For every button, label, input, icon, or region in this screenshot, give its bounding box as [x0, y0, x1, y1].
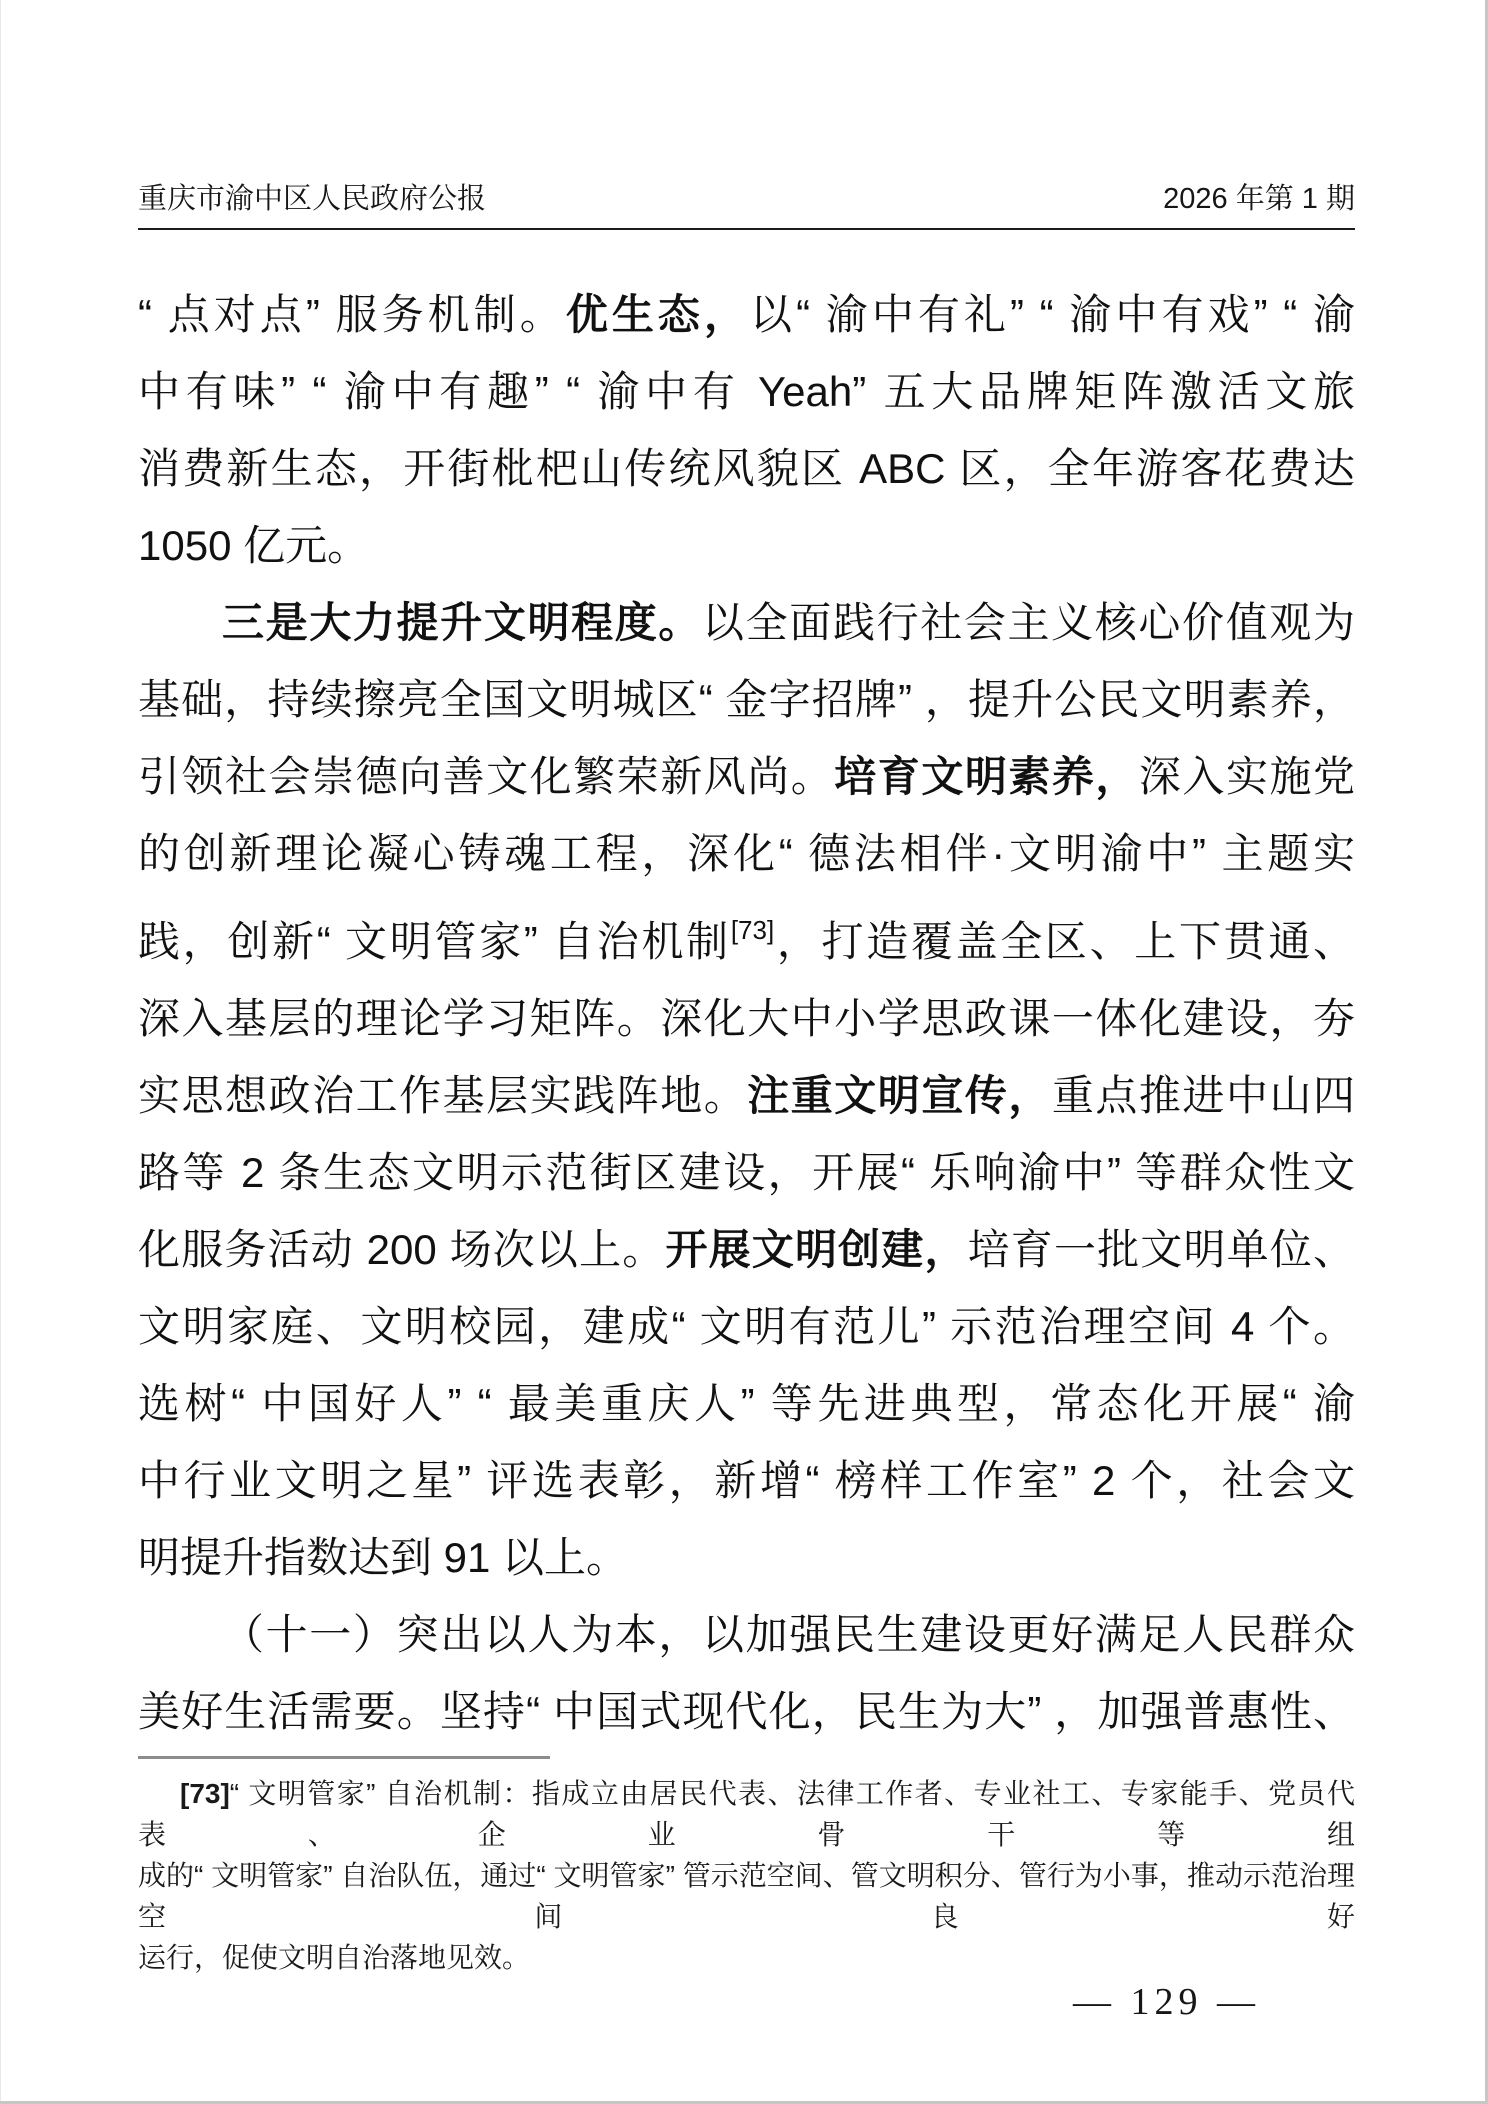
text-segment: 引领社会崇德向善文化繁荣新风尚。: [138, 753, 834, 800]
text-segment: “ 点对点” 服务机制。: [138, 291, 566, 338]
footnote-line: 运行，促使文明自治落地见效。: [138, 1937, 1355, 1978]
text-segment: 以“ 渝中有礼” “ 渝中有戏” “ 渝: [750, 291, 1355, 338]
text-segment: 成的“ 文明管家” 自治队伍，通过“ 文明管家” 管示范空间、管文明积分、管行为…: [138, 1860, 1355, 1932]
footnote-section: [73]“ 文明管家” 自治机制：指成立由居民代表、法律工作者、专业社工、专家能…: [138, 1756, 1355, 1978]
text-segment: 开展文明创建，: [665, 1226, 967, 1273]
body-line: 化服务活动 200 场次以上。开展文明创建，培育一批文明单位、: [138, 1211, 1355, 1288]
body-line: 选树“ 中国好人” “ 最美重庆人” 等先进典型，常态化开展“ 渝: [138, 1365, 1355, 1442]
text-segment: 化服务活动 200 场次以上。: [138, 1226, 665, 1273]
footnote-line: [73]“ 文明管家” 自治机制：指成立由居民代表、法律工作者、专业社工、专家能…: [138, 1773, 1355, 1855]
text-segment: 践，创新“ 文明管家” 自治机制: [138, 918, 731, 965]
text-segment: [73]: [180, 1778, 230, 1809]
text-segment: 选树“ 中国好人” “ 最美重庆人” 等先进典型，常态化开展“ 渝: [138, 1380, 1355, 1427]
body-line: 中有味” “ 渝中有趣” “ 渝中有 Yeah” 五大品牌矩阵激活文旅: [138, 353, 1355, 430]
text-segment: 注重文明宣传，: [747, 1072, 1052, 1119]
body-line: 实思想政治工作基层实践阵地。注重文明宣传，重点推进中山四: [138, 1057, 1355, 1134]
text-segment: 实思想政治工作基层实践阵地。: [138, 1072, 747, 1119]
body-line: 基础，持续擦亮全国文明城区“ 金字招牌” ，提升公民文明素养，: [138, 661, 1355, 738]
body-line: 美好生活需要。坚持“ 中国式现代化，民生为大” ，加强普惠性、: [138, 1673, 1355, 1750]
text-segment: 三是大力提升文明程度。: [222, 599, 702, 646]
text-segment: 基础，持续擦亮全国文明城区“ 金字招牌” ，提升公民文明素养，: [138, 676, 1355, 723]
body-text: “ 点对点” 服务机制。优生态，以“ 渝中有礼” “ 渝中有戏” “ 渝中有味”…: [138, 276, 1355, 1750]
body-line: 文明家庭、文明校园，建成“ 文明有范儿” 示范治理空间 4 个。: [138, 1288, 1355, 1365]
text-segment: 深入实施党: [1139, 753, 1355, 800]
text-segment: 文明家庭、文明校园，建成“ 文明有范儿” 示范治理空间 4 个。: [138, 1303, 1355, 1350]
text-segment: 重点推进中山四: [1052, 1072, 1355, 1119]
text-segment: 路等 2 条生态文明示范街区建设，开展“ 乐响渝中” 等群众性文: [138, 1149, 1355, 1196]
text-segment: （十一）突出以人为本，以加强民生建设更好满足人民群众: [222, 1611, 1355, 1658]
text-segment: 明提升指数达到 91 以上。: [138, 1534, 628, 1581]
body-line: 明提升指数达到 91 以上。: [138, 1519, 1355, 1596]
page-number: — 129 —: [138, 1980, 1355, 2024]
footnote-line: 成的“ 文明管家” 自治队伍，通过“ 文明管家” 管示范空间、管文明积分、管行为…: [138, 1855, 1355, 1937]
text-segment: 深入基层的理论学习矩阵。深化大中小学思政课一体化建设，夯: [138, 995, 1355, 1042]
text-segment: 的创新理论凝心铸魂工程，深化“ 德法相伴·文明渝中” 主题实: [138, 830, 1355, 877]
body-line: 三是大力提升文明程度。以全面践行社会主义核心价值观为: [138, 584, 1355, 661]
footnote-lines: [73]“ 文明管家” 自治机制：指成立由居民代表、法律工作者、专业社工、专家能…: [138, 1773, 1355, 1978]
body-line: （十一）突出以人为本，以加强民生建设更好满足人民群众: [138, 1596, 1355, 1673]
page-header: 重庆市渝中区人民政府公报 2026 年第 1 期: [138, 182, 1355, 216]
body-line: 路等 2 条生态文明示范街区建设，开展“ 乐响渝中” 等群众性文: [138, 1134, 1355, 1211]
text-segment: 以全面践行社会主义核心价值观为: [702, 599, 1355, 646]
body-line: 的创新理论凝心铸魂工程，深化“ 德法相伴·文明渝中” 主题实: [138, 815, 1355, 892]
text-segment: 美好生活需要。坚持“ 中国式现代化，民生为大” ，加强普惠性、: [138, 1688, 1355, 1735]
header-divider: [138, 228, 1355, 230]
text-segment: 培育文明素养，: [834, 753, 1139, 800]
text-segment: 消费新生态，开街枇杷山传统风貌区 ABC 区，全年游客花费达: [138, 445, 1355, 492]
footnote-reference-marker: [73]: [731, 915, 774, 945]
body-line: 中行业文明之星” 评选表彰，新增“ 榜样工作室” 2 个，社会文: [138, 1442, 1355, 1519]
body-line: 引领社会崇德向善文化繁荣新风尚。培育文明素养，深入实施党: [138, 738, 1355, 815]
body-line: “ 点对点” 服务机制。优生态，以“ 渝中有礼” “ 渝中有戏” “ 渝: [138, 276, 1355, 353]
text-segment: 中有味” “ 渝中有趣” “ 渝中有 Yeah” 五大品牌矩阵激活文旅: [138, 368, 1355, 415]
text-segment: 培育一批文明单位、: [968, 1226, 1355, 1273]
body-line: 1050 亿元。: [138, 507, 1355, 584]
body-line: 践，创新“ 文明管家” 自治机制[73]，打造覆盖全区、上下贯通、: [138, 892, 1355, 980]
body-line: 深入基层的理论学习矩阵。深化大中小学思政课一体化建设，夯: [138, 980, 1355, 1057]
footnote-divider: [138, 1756, 550, 1759]
document-page: 重庆市渝中区人民政府公报 2026 年第 1 期 “ 点对点” 服务机制。优生态…: [0, 0, 1488, 2104]
text-segment: 1050 亿元。: [138, 522, 369, 569]
body-line: 消费新生态，开街枇杷山传统风貌区 ABC 区，全年游客花费达: [138, 430, 1355, 507]
text-segment: “ 文明管家” 自治机制：指成立由居民代表、法律工作者、专业社工、专家能手、党员…: [138, 1778, 1355, 1850]
text-segment: 运行，促使文明自治落地见效。: [138, 1942, 530, 1973]
header-issue-label: 2026 年第 1 期: [1163, 182, 1355, 216]
header-publication-title: 重庆市渝中区人民政府公报: [138, 182, 486, 216]
text-segment: 优生态，: [566, 291, 750, 338]
text-segment: ，打造覆盖全区、上下贯通、: [774, 918, 1355, 965]
text-segment: 中行业文明之星” 评选表彰，新增“ 榜样工作室” 2 个，社会文: [138, 1457, 1355, 1504]
